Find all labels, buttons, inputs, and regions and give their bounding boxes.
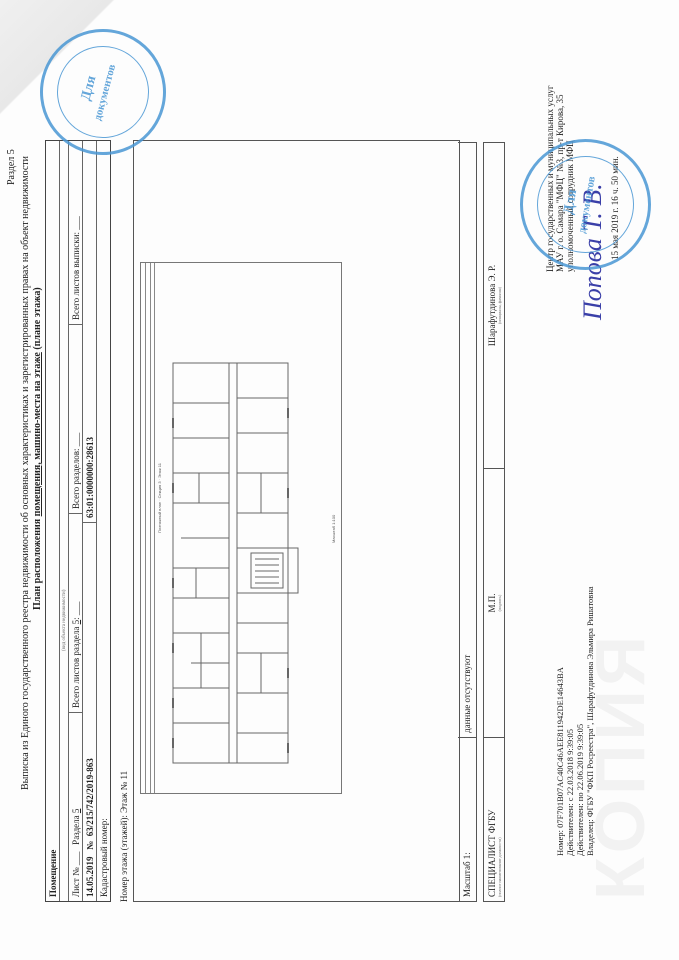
object-type-row: Помещение — [46, 141, 60, 901]
signer-name-caption: (инициалы, фамилия) — [497, 287, 502, 324]
certificate-owner: Владелец: ФГБУ "ФКП Росреестра", Шарафут… — [585, 586, 595, 856]
total-sheets: Всего листов выписки: ___ — [69, 141, 82, 325]
scale-label: Масштаб 1: — [462, 738, 472, 901]
signer-name: Шарафутдинова Э. Р. — [487, 265, 497, 346]
certificate-valid-from: Действителен: с 22.03.2018 9:39:05 — [565, 586, 575, 856]
section-sheets: Всего листов раздела 5: ___ — [69, 514, 82, 713]
document-subtitle: План расположения помещения, машино-мест… — [32, 287, 43, 610]
scale-value: данные отсутствуют — [458, 143, 476, 738]
certificate-valid-to: Действителен: по 22.06.2019 9:39:05 — [575, 586, 585, 856]
object-type-caption-row: (вид объекта недвижимости) — [60, 141, 69, 901]
signature-cell: М.П. (подпись) — [484, 469, 504, 738]
footer-table: Масштаб 1: данные отсутствуют СПЕЦИАЛИСТ… — [458, 142, 505, 902]
certificate-block: Номер: 07F701B07AC40C46AEE811942DE14643B… — [555, 586, 595, 856]
total-sections: Всего разделов: ___ — [69, 325, 82, 514]
subtitle-suffix: (плане этажа) — [32, 287, 43, 349]
floor-plan-svg — [141, 263, 341, 793]
document-title: Выписка из Единого государственного реес… — [20, 156, 31, 790]
signer-position-cell: СПЕЦИАЛИСТ ФГБУ (полное наименование дол… — [484, 738, 504, 901]
signer-position-caption: (полное наименование должности) — [497, 837, 502, 897]
signer-position: СПЕЦИАЛИСТ ФГБУ — [487, 810, 497, 897]
object-header-table: Помещение (вид объекта недвижимости) Лис… — [45, 140, 111, 902]
registration-row: 14.05.2019 № 63/215/742/2019-863 63:01:0… — [83, 141, 97, 901]
cadastral-label-row: Кадастровый номер: — [97, 141, 110, 901]
floor-plan-frame: Поэтажный план · Секция 3 · Этаж 11 — [133, 140, 460, 902]
subtitle-underlined: помещения, машино-места на этаже — [32, 352, 43, 516]
floor-number: Номер этажа (этажей): Этаж № 11 — [119, 771, 129, 902]
signer-name-cell: Шарафутдинова Э. Р. (инициалы, фамилия) — [484, 143, 504, 469]
certificate-number: Номер: 07F701B07AC40C46AEE811942DE14643B… — [555, 586, 565, 856]
signer-row: СПЕЦИАЛИСТ ФГБУ (полное наименование дол… — [483, 142, 505, 902]
subtitle-prefix: План расположения — [32, 519, 43, 610]
registration-number: 14.05.2019 № 63/215/742/2019-863 — [83, 523, 96, 901]
sheet-number: Лист № ___ Раздела 5 — [69, 713, 82, 901]
plan-scale: Масштаб 1:100 — [331, 515, 336, 543]
floor-plan-drawing: Поэтажный план · Секция 3 · Этаж 11 — [140, 262, 342, 794]
cadastral-number: 63:01:0000000:28613 — [83, 141, 96, 523]
stamp-label: М.П. — [487, 594, 497, 613]
sheet-info-row: Лист № ___ Раздела 5 Всего листов раздел… — [69, 141, 83, 901]
signature-caption: (подпись) — [497, 595, 502, 612]
object-type: Помещение — [46, 846, 59, 901]
document-sheet: КОПИЯ Раздел 5 Выписка из Единого госуда… — [0, 0, 679, 960]
object-type-caption: (вид объекта недвижимости) — [60, 586, 68, 901]
section-label: Раздел 5 — [6, 149, 17, 185]
scale-row: Масштаб 1: данные отсутствуют — [458, 142, 477, 902]
cadastral-label: Кадастровый номер: — [97, 814, 110, 901]
stamp-bottom: Для документов — [510, 129, 662, 281]
